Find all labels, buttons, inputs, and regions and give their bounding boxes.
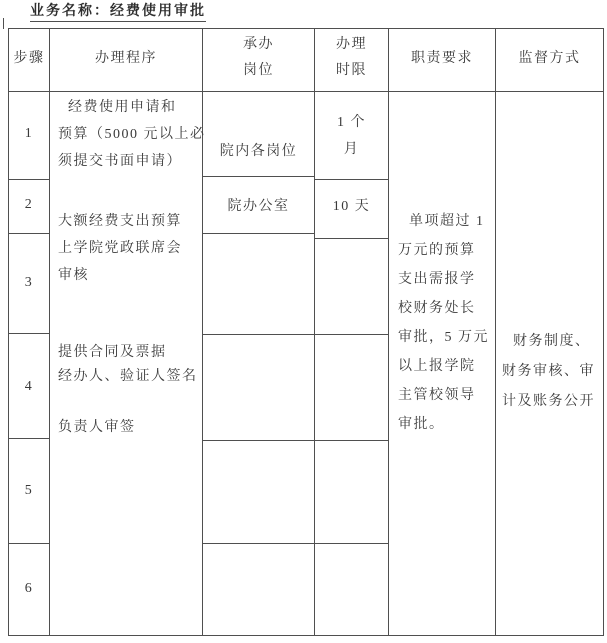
responsibility-line: 以上报学院: [398, 357, 493, 377]
responsibility-line: 审批。: [398, 415, 493, 435]
position-row-divider-1: [202, 176, 314, 177]
timelimit-row1-line2: 月: [315, 140, 388, 160]
page-edge-mark: [3, 18, 4, 29]
supervision-line: 计及账务公开: [502, 392, 600, 412]
header-position-line1: 承办: [203, 35, 314, 55]
table-border-top: [8, 28, 604, 29]
step-number-3: 3: [9, 273, 49, 293]
procedure-line: 上学院党政联席会: [58, 239, 200, 259]
responsibility-line: 万元的预算: [398, 241, 493, 261]
step-number-2: 2: [9, 195, 49, 215]
procedure-line: 大额经费支出预算: [58, 212, 200, 232]
position-value-row1: 院内各岗位: [203, 142, 314, 162]
responsibility-line: 主管校领导: [398, 386, 493, 406]
responsibility-line: 校财务处长: [398, 299, 493, 319]
timelimit-row-divider-1: [314, 179, 388, 180]
procedure-line: 预算（5000 元以上必: [58, 125, 200, 145]
timelimit-row2: 10 天: [315, 197, 388, 217]
procedure-line: 提供合同及票据: [58, 343, 200, 363]
procedure-line: 经办人、验证人签名: [58, 367, 200, 387]
header-timelimit-line2: 时限: [315, 61, 388, 81]
header-timelimit-line1: 办理: [315, 35, 388, 55]
procedure-line: 经费使用申请和: [58, 98, 210, 118]
step-number-1: 1: [9, 124, 49, 144]
supervision-line: 财务审核、审: [502, 362, 600, 382]
col-divider-timelimit-responsibility: [388, 28, 389, 635]
step-number-6: 6: [9, 579, 49, 599]
mid-row-divider-5: [202, 543, 388, 544]
header-responsibility: 职责要求: [389, 49, 495, 69]
supervision-line: 财务制度、: [502, 332, 607, 352]
col-divider-responsibility-supervision: [495, 28, 496, 635]
page-title-text: 业务名称：经费使用审批: [30, 4, 206, 22]
document-page: 业务名称：经费使用审批 步骤 办理程序 承办 岗位 办理 时限 职责要求 监督方…: [0, 0, 607, 643]
step-row-divider-1: [8, 179, 50, 180]
header-procedure: 办理程序: [50, 49, 202, 69]
header-supervision: 监督方式: [496, 49, 603, 69]
step-number-5: 5: [9, 481, 49, 501]
mid-row-divider-4: [202, 440, 388, 441]
header-position-line2: 岗位: [203, 61, 314, 81]
step-row-divider-4: [8, 438, 50, 439]
procedure-line: 负责人审签: [58, 418, 200, 438]
responsibility-line: 支出需报学: [398, 270, 493, 290]
step-row-divider-2: [8, 233, 50, 234]
step-row-divider-3: [8, 333, 50, 334]
header-step: 步骤: [9, 49, 49, 69]
procedure-line: 须提交书面申请）: [58, 152, 200, 172]
step-row-divider-5: [8, 543, 50, 544]
responsibility-line: 单项超过 1: [398, 212, 504, 232]
page-title: 业务名称：经费使用审批: [30, 3, 206, 21]
position-value-row2: 院办公室: [203, 197, 314, 217]
table-border-bottom: [8, 635, 604, 636]
header-bottom-line: [8, 91, 604, 92]
step-number-4: 4: [9, 377, 49, 397]
timelimit-row1-line1: 1 个: [315, 113, 388, 133]
mid-row-divider-3: [202, 334, 388, 335]
procedure-line: 审核: [58, 266, 200, 286]
position-row-divider-2: [202, 233, 314, 234]
responsibility-line: 审批，5 万元: [398, 328, 493, 348]
timelimit-row-divider-2: [314, 238, 388, 239]
